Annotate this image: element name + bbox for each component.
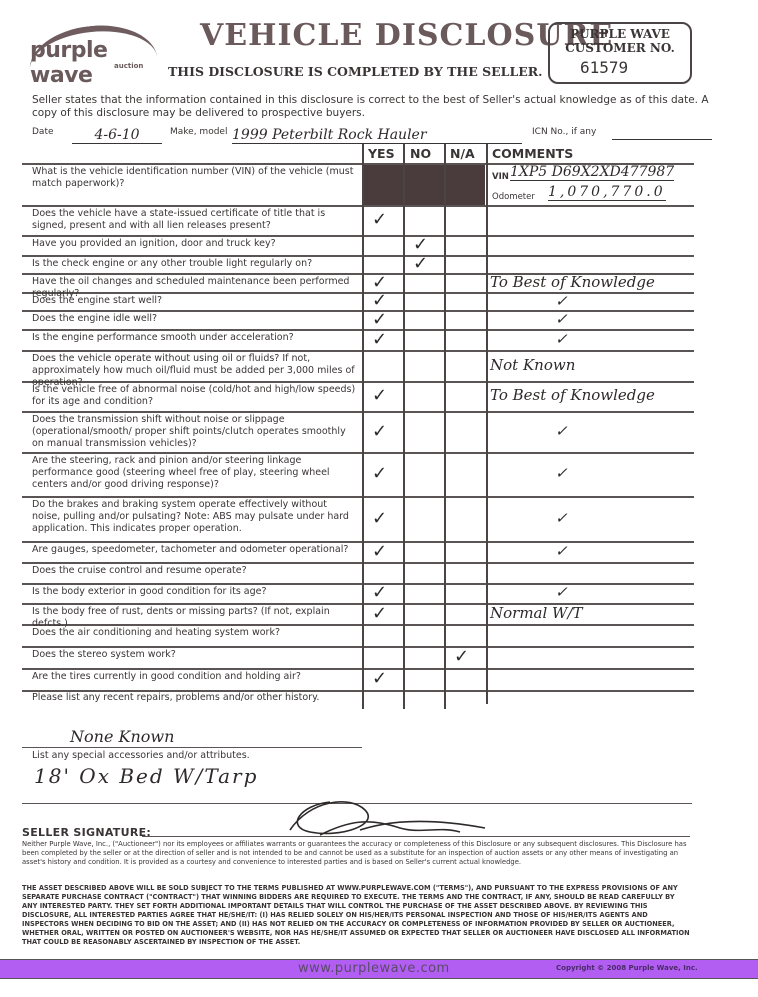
question-text: Does the stereo system work? xyxy=(32,649,358,661)
icn-label: ICN No., if any xyxy=(532,127,596,137)
column-divider xyxy=(403,144,405,709)
checkbox-yes-checked[interactable]: ✓ xyxy=(372,292,387,310)
row-divider xyxy=(22,205,694,207)
odometer-value[interactable]: 1,070,770.0 xyxy=(548,184,666,201)
question-text: What is the vehicle identification numbe… xyxy=(32,166,358,190)
vin-label: VIN xyxy=(492,172,509,182)
checkbox-yes-checked[interactable]: ✓ xyxy=(372,387,387,405)
row-divider xyxy=(22,310,694,312)
vin-shaded-cells xyxy=(362,163,485,205)
question-text: Does the engine start well? xyxy=(32,295,358,307)
accessories-value[interactable]: 18' Ox Bed W/Tarp xyxy=(34,764,258,788)
checkbox-yes-checked[interactable]: ✓ xyxy=(372,331,387,349)
question-text: Are gauges, speedometer, tachometer and … xyxy=(32,544,358,556)
footer-url-link[interactable]: www.purplewave.com xyxy=(298,961,450,976)
accessories-label: List any special accessories and/or attr… xyxy=(32,750,250,761)
terms-text: The asset described above will be sold s… xyxy=(22,884,692,947)
date-value[interactable]: 4-6-10 xyxy=(72,127,162,144)
comment-text[interactable]: Normal W/T xyxy=(490,604,583,622)
row-divider xyxy=(22,329,694,331)
question-text: Does the cruise control and resume opera… xyxy=(32,565,358,577)
customer-number: 61579 xyxy=(580,58,628,77)
comment-check-mark[interactable]: ✓ xyxy=(555,542,568,560)
purple-wave-logo: purple wave auction xyxy=(20,24,160,74)
col-header-comments: COMMENTS xyxy=(492,146,573,161)
checkbox-na-checked[interactable]: ✓ xyxy=(454,648,469,666)
checkbox-yes-checked[interactable]: ✓ xyxy=(372,510,387,528)
comment-check-mark[interactable]: ✓ xyxy=(555,310,568,328)
column-divider xyxy=(444,144,446,709)
make-label: Make, model xyxy=(170,127,227,137)
row-divider xyxy=(22,562,694,564)
disclaimer-text: Neither Purple Wave, Inc., ("Auctioneer"… xyxy=(22,840,692,867)
col-header-no: NO xyxy=(410,146,431,161)
row-divider xyxy=(22,583,694,585)
row-divider xyxy=(22,235,694,237)
row-divider xyxy=(22,668,694,670)
checkbox-yes-checked[interactable]: ✓ xyxy=(372,543,387,561)
row-divider xyxy=(22,350,694,352)
comment-text[interactable]: To Best of Knowledge xyxy=(490,386,655,404)
comment-check-mark[interactable]: ✓ xyxy=(555,509,568,527)
row-divider xyxy=(22,411,694,413)
col-header-na: N/A xyxy=(450,146,475,161)
row-divider xyxy=(22,541,694,543)
question-text: Is the check engine or any other trouble… xyxy=(32,258,358,270)
row-divider xyxy=(22,603,694,605)
question-text: Are the steering, rack and pinion and/or… xyxy=(32,455,358,491)
checkbox-yes-checked[interactable]: ✓ xyxy=(372,465,387,483)
checkbox-no-checked[interactable]: ✓ xyxy=(413,255,428,273)
column-divider xyxy=(362,144,364,709)
footer-bar: www.purplewave.com Copyright © 2008 Purp… xyxy=(0,959,758,979)
question-text: Does the transmission shift without nois… xyxy=(32,414,358,450)
intro-statement: Seller states that the information conta… xyxy=(32,94,722,120)
customer-box-line2: CUSTOMER NO. xyxy=(550,41,690,55)
vehicle-meta-line: Date 4-6-10 Make, model 1999 Peterbilt R… xyxy=(32,123,732,141)
column-divider xyxy=(486,144,488,704)
question-text: Is the engine performance smooth under a… xyxy=(32,332,358,344)
checkbox-yes-checked[interactable]: ✓ xyxy=(372,311,387,329)
customer-box-line1: PURPLE WAVE xyxy=(550,27,690,41)
question-text: Does the vehicle have a state-issued cer… xyxy=(32,208,358,232)
comment-check-mark[interactable]: ✓ xyxy=(555,422,568,440)
comment-text[interactable]: Not Known xyxy=(490,356,575,374)
comment-check-mark[interactable]: ✓ xyxy=(555,292,568,310)
question-text: Have you provided an ignition, door and … xyxy=(32,238,358,250)
comment-check-mark[interactable]: ✓ xyxy=(555,464,568,482)
history-underline xyxy=(22,747,362,748)
row-divider xyxy=(22,496,694,498)
comment-check-mark[interactable]: ✓ xyxy=(555,583,568,601)
checkbox-yes-checked[interactable]: ✓ xyxy=(372,211,387,229)
col-header-yes: YES xyxy=(368,146,395,161)
row-divider xyxy=(22,255,694,257)
question-text: Are the tires currently in good conditio… xyxy=(32,671,358,683)
logo-subtext: auction xyxy=(114,62,143,70)
odometer-label: Odometer xyxy=(492,192,535,202)
checkbox-yes-checked[interactable]: ✓ xyxy=(372,274,387,292)
question-text: Does the engine idle well? xyxy=(32,313,358,325)
checkbox-yes-checked[interactable]: ✓ xyxy=(372,584,387,602)
comment-check-mark[interactable]: ✓ xyxy=(555,330,568,348)
checkbox-yes-checked[interactable]: ✓ xyxy=(372,423,387,441)
question-text: Does the air conditioning and heating sy… xyxy=(32,627,358,639)
vin-value[interactable]: 1XP5 D69X2XD477987 xyxy=(510,164,674,181)
history-label: Please list any recent repairs, problems… xyxy=(32,692,319,703)
question-text: Is the body exterior in good condition f… xyxy=(32,586,358,598)
checkbox-no-checked[interactable]: ✓ xyxy=(413,236,428,254)
customer-number-box: PURPLE WAVE CUSTOMER NO. 61579 xyxy=(548,22,692,84)
date-label: Date xyxy=(32,127,54,137)
row-divider xyxy=(22,646,694,648)
checkbox-yes-checked[interactable]: ✓ xyxy=(372,605,387,623)
footer-copyright: Copyright © 2008 Purple Wave, Inc. xyxy=(556,964,698,972)
row-divider xyxy=(22,452,694,454)
checkbox-yes-checked[interactable]: ✓ xyxy=(372,670,387,688)
make-model-value[interactable]: 1999 Peterbilt Rock Hauler xyxy=(232,127,522,144)
comment-text[interactable]: To Best of Knowledge xyxy=(490,273,655,291)
icn-field[interactable] xyxy=(612,127,712,140)
document-subtitle: THIS DISCLOSURE IS COMPLETED BY THE SELL… xyxy=(168,64,543,79)
seller-signature-label: SELLER SIGNATURE: xyxy=(22,826,151,839)
history-value[interactable]: None Known xyxy=(70,727,174,746)
question-text: Is the vehicle free of abnormal noise (c… xyxy=(32,384,358,408)
question-text: Do the brakes and braking system operate… xyxy=(32,499,358,535)
